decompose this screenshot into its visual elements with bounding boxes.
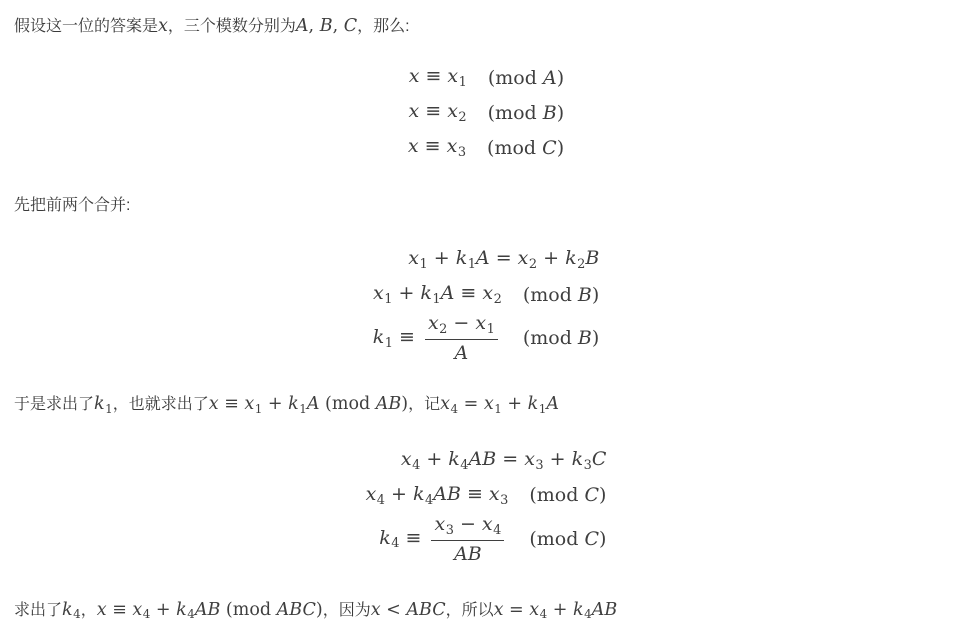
math-symbol: ≡ (419, 135, 447, 157)
math-variable: k (420, 282, 432, 304)
text-run: ，那么: (357, 18, 409, 35)
math-subscript: 1 (494, 402, 502, 416)
math-variable: k (379, 527, 391, 549)
equation-line: x1 + k1A = x2 + k2B (373, 242, 600, 277)
inline-math: k1 (94, 394, 113, 414)
math-subscript: 1 (486, 322, 495, 337)
math-subscript: 3 (535, 458, 544, 473)
math-variable: x (408, 100, 419, 122)
math-subscript: 3 (457, 145, 466, 160)
text-run: ，三个模数分别为 (168, 18, 296, 35)
math-variable: x (494, 600, 504, 620)
equation-modulus: (mod B) (488, 102, 564, 124)
math-symbol: ) (592, 327, 599, 349)
math-variable: x (408, 135, 419, 157)
math-variable: x (489, 483, 500, 505)
math-variable: k (288, 394, 299, 414)
equation-modulus: (mod A) (488, 67, 564, 89)
math-variable: B (543, 102, 557, 124)
math-symbol: − (447, 312, 475, 334)
math-variable: A (307, 394, 320, 414)
math-symbol: + (547, 600, 573, 620)
text-run: ， (81, 602, 97, 619)
equation-expression: x4 + k4AB ≡ x3 (366, 483, 509, 508)
paragraph-3: 于是求出了k1，也就求出了x ≡ x1 + k1A (mod AB)，记x4 =… (14, 392, 958, 421)
math-symbol: = (496, 448, 524, 470)
math-variable: x (529, 600, 539, 620)
paragraph-1: 假设这一位的答案是x，三个模数分别为A, B, C，那么: (14, 14, 958, 39)
paragraph-2: 先把前两个合并: (14, 194, 958, 218)
math-variable: x (409, 65, 420, 87)
math-subscript: 4 (187, 607, 195, 621)
math-symbol: < (381, 600, 407, 620)
equation-modulus: (mod C) (529, 528, 606, 550)
equation-expression: x ≡ x2 (408, 100, 466, 125)
math-variable: x (447, 65, 458, 87)
math-subscript: 1 (419, 257, 428, 272)
equation-modulus: (mod C) (487, 137, 564, 159)
math-variable: x (244, 394, 254, 414)
math-variable: A (543, 67, 557, 89)
math-subscript: 4 (450, 402, 458, 416)
equation-expression: x ≡ x3 (408, 135, 466, 160)
math-symbol: ( (220, 600, 232, 620)
math-symbol: ≡ (419, 65, 447, 87)
math-symbol: + (544, 448, 572, 470)
math-symbol: , (333, 16, 344, 36)
fraction-denominator: AB (431, 540, 504, 565)
math-variable: k (456, 247, 468, 269)
math-variable: x (434, 513, 445, 535)
math-variable: x (97, 600, 107, 620)
math-operator-mod: mod (530, 327, 572, 349)
equation-line: x4 + k4AB ≡ x3(mod C) (366, 478, 607, 513)
math-variable: C (592, 448, 607, 470)
math-operator-mod: mod (495, 67, 537, 89)
math-symbol: ≡ (107, 600, 133, 620)
math-subscript: 3 (445, 523, 454, 538)
math-subscript: 4 (376, 493, 385, 508)
math-symbol: ≡ (454, 282, 482, 304)
math-variable: A (546, 394, 559, 414)
math-variable: x (209, 394, 219, 414)
math-symbol: + (537, 247, 565, 269)
math-variable: AB (469, 448, 497, 470)
math-variable: x (524, 448, 535, 470)
equation-line: x ≡ x2(mod B) (408, 95, 564, 130)
math-operator-mod: mod (537, 484, 579, 506)
math-subscript: 2 (528, 257, 537, 272)
equation-expression: x ≡ x1 (409, 65, 467, 90)
math-operator-mod: mod (494, 137, 536, 159)
math-subscript: 1 (384, 336, 393, 351)
math-operator-mod: mod (530, 284, 572, 306)
math-variable: C (584, 484, 599, 506)
inline-math: A, B, C (296, 16, 357, 36)
math-symbol: ) (316, 600, 323, 620)
math-variable: ABC (277, 600, 316, 620)
math-variable: x (447, 100, 458, 122)
math-variable: x (484, 394, 494, 414)
math-subscript: 3 (583, 458, 592, 473)
math-variable: A (441, 282, 455, 304)
fraction: x2 − x1A (425, 312, 498, 364)
inline-math: x (158, 16, 168, 36)
math-symbol: ≡ (393, 326, 421, 348)
text-run: ，所以 (446, 602, 494, 619)
math-operator-mod: mod (233, 600, 271, 620)
math-variable: x (373, 282, 384, 304)
math-symbol: + (428, 247, 456, 269)
math-variable: x (371, 600, 381, 620)
math-variable: A (476, 247, 490, 269)
math-variable: x (366, 483, 377, 505)
math-variable: k (62, 600, 73, 620)
math-variable: B (578, 327, 592, 349)
equation-expression: k1 ≡ x2 − x1A (373, 312, 502, 364)
math-symbol: ≡ (461, 483, 489, 505)
math-symbol: ) (599, 528, 606, 550)
math-subscript: 1 (458, 75, 467, 90)
text-run: 求出了 (14, 602, 62, 619)
math-subscript: 2 (458, 110, 467, 125)
math-symbol: ( (319, 394, 331, 414)
math-variable: AB (195, 600, 221, 620)
math-variable: AB (592, 600, 618, 620)
text-run: 于是求出了 (14, 396, 94, 413)
math-variable: x (447, 135, 458, 157)
math-variable: k (373, 326, 385, 348)
math-variable: k (413, 483, 425, 505)
math-symbol: ≡ (419, 100, 447, 122)
math-variable: x (482, 282, 493, 304)
math-variable: AB (433, 483, 461, 505)
math-variable: k (176, 600, 187, 620)
math-variable: x (132, 600, 142, 620)
equation-modulus: (mod B) (523, 327, 599, 349)
math-symbol: ≡ (219, 394, 245, 414)
math-variable: k (565, 247, 577, 269)
math-variable: x (475, 312, 486, 334)
math-symbol: = (490, 247, 518, 269)
equation-expression: x4 + k4AB = x3 + k3C (401, 448, 607, 473)
inline-math: x < ABC (371, 600, 446, 620)
document-page: 假设这一位的答案是x，三个模数分别为A, B, C，那么:x ≡ x1(mod … (0, 0, 978, 629)
equation-expression: x1 + k1A = x2 + k2B (408, 247, 599, 272)
text-run: ，因为 (323, 602, 371, 619)
math-subscript: 4 (412, 458, 421, 473)
text-run: ，也就求出了 (113, 396, 209, 413)
math-variable: k (572, 448, 584, 470)
math-symbol: + (502, 394, 528, 414)
inline-math: x = x4 + k4AB (494, 600, 618, 620)
math-subscript: 4 (73, 607, 81, 621)
math-variable: A (455, 342, 469, 364)
equation-expression: k4 ≡ x3 − x4AB (379, 513, 508, 565)
fraction-denominator: A (425, 339, 498, 364)
math-variable: k (94, 394, 105, 414)
math-symbol: ( (488, 102, 495, 124)
equation-line: x ≡ x1(mod A) (408, 60, 564, 95)
math-variable: x (482, 513, 493, 535)
math-variable: B (578, 284, 592, 306)
math-subscript: 4 (425, 493, 434, 508)
text-run: ，记 (408, 396, 440, 413)
math-subscript: 4 (584, 607, 592, 621)
math-variable: A (296, 16, 309, 36)
math-symbol: = (503, 600, 529, 620)
math-symbol: − (454, 513, 482, 535)
fraction: x3 − x4AB (431, 513, 504, 565)
math-variable: x (428, 312, 439, 334)
equation-line: k1 ≡ x2 − x1A(mod B) (373, 312, 600, 364)
inline-math: x4 = x1 + k1A (440, 394, 559, 414)
math-subscript: 1 (467, 257, 476, 272)
math-symbol: + (385, 483, 413, 505)
math-operator-mod: mod (537, 528, 579, 550)
math-variable: x (408, 247, 419, 269)
math-variable: ABC (406, 600, 445, 620)
math-variable: k (528, 394, 539, 414)
math-variable: C (584, 528, 599, 550)
math-subscript: 4 (460, 458, 469, 473)
math-symbol: ( (529, 528, 536, 550)
math-symbol: ) (557, 137, 564, 159)
math-symbol: + (392, 282, 420, 304)
math-operator-mod: mod (495, 102, 537, 124)
equation-expression: x1 + k1A ≡ x2 (373, 282, 502, 307)
math-variable: x (158, 16, 168, 36)
math-operator-mod: mod (332, 394, 370, 414)
inline-math: x ≡ x4 + k4AB (mod ABC) (97, 600, 323, 620)
math-variable: x (518, 247, 529, 269)
math-subscript: 3 (500, 493, 509, 508)
math-variable: AB (376, 394, 402, 414)
equation-block-3: x4 + k4AB = x3 + k3Cx4 + k4AB ≡ x3(mod C… (366, 443, 607, 565)
math-subscript: 1 (299, 402, 307, 416)
math-symbol: ≡ (399, 527, 427, 549)
equation-line: x ≡ x3(mod C) (408, 130, 564, 165)
math-subscript: 4 (493, 523, 502, 538)
math-symbol: ) (592, 284, 599, 306)
math-symbol: = (458, 394, 484, 414)
math-symbol: ) (557, 102, 564, 124)
math-symbol: + (420, 448, 448, 470)
text-run: 先把前两个合并: (14, 197, 130, 214)
math-subscript: 1 (432, 292, 441, 307)
math-variable: C (542, 137, 557, 159)
math-subscript: 1 (105, 402, 113, 416)
equation-modulus: (mod C) (529, 484, 606, 506)
equation-block-2: x1 + k1A = x2 + k2Bx1 + k1A ≡ x2(mod B)k… (373, 242, 600, 364)
math-variable: B (320, 16, 333, 36)
inline-math: k4 (62, 600, 81, 620)
equation-line: x1 + k1A ≡ x2(mod B) (373, 277, 600, 312)
math-variable: C (344, 16, 357, 36)
equation-modulus: (mod B) (523, 284, 599, 306)
math-symbol: + (150, 600, 176, 620)
math-symbol: ) (557, 67, 564, 89)
paragraph-4: 求出了k4，x ≡ x4 + k4AB (mod ABC)，因为x < ABC，… (14, 598, 958, 627)
math-symbol: ) (599, 484, 606, 506)
math-symbol: + (262, 394, 288, 414)
math-variable: k (448, 448, 460, 470)
math-symbol: , (309, 16, 320, 36)
math-symbol: ( (529, 484, 536, 506)
inline-math: x ≡ x1 + k1A (mod AB) (209, 394, 408, 414)
math-subscript: 2 (493, 292, 502, 307)
math-variable: x (440, 394, 450, 414)
math-variable: x (401, 448, 412, 470)
fraction-numerator: x3 − x4 (431, 513, 504, 540)
math-variable: AB (454, 543, 482, 565)
math-variable: B (585, 247, 599, 269)
fraction-numerator: x2 − x1 (425, 312, 498, 339)
text-run: 假设这一位的答案是 (14, 18, 158, 35)
equation-block-1: x ≡ x1(mod A)x ≡ x2(mod B)x ≡ x3(mod C) (408, 60, 564, 165)
equation-line: x4 + k4AB = x3 + k3C (366, 443, 607, 478)
math-variable: k (573, 600, 584, 620)
equation-line: k4 ≡ x3 − x4AB(mod C) (366, 513, 607, 565)
